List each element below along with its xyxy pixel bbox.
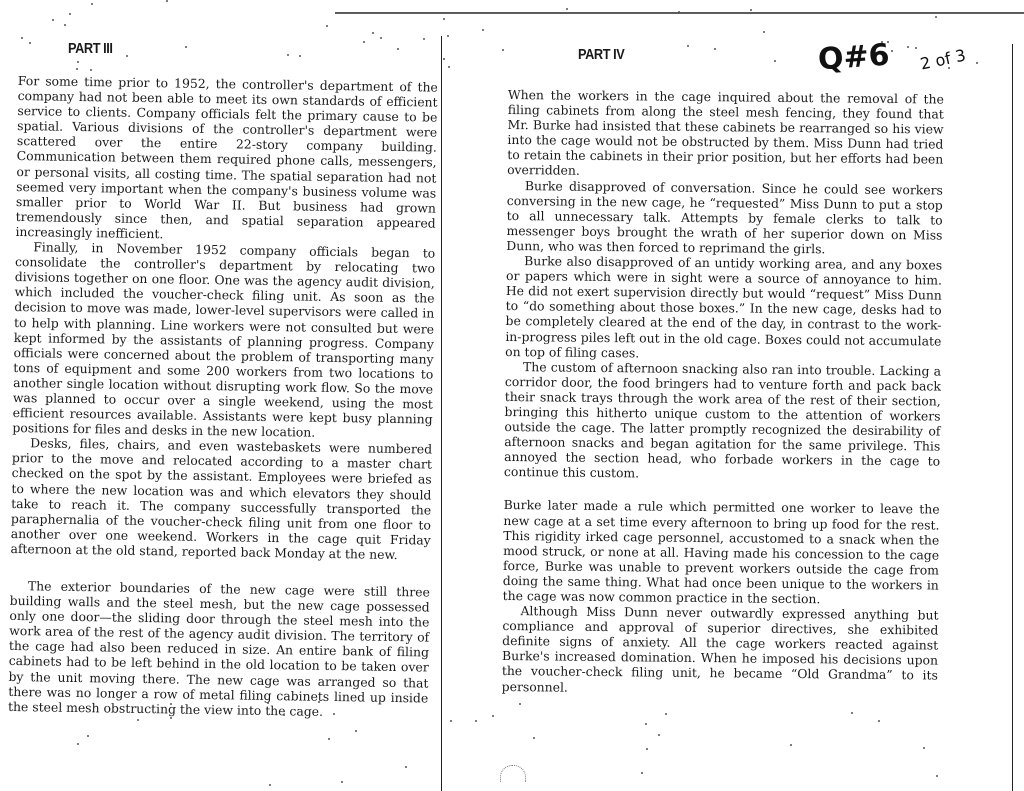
speck <box>299 55 301 57</box>
speck <box>405 766 407 768</box>
speck <box>137 719 139 721</box>
paragraph: Although Miss Dunn never outwardly expre… <box>502 603 939 698</box>
speck <box>878 720 880 722</box>
speck <box>185 46 187 48</box>
page-gutter-line <box>441 36 442 791</box>
speck <box>641 772 643 774</box>
speck <box>881 41 883 43</box>
speck <box>915 47 917 49</box>
left-page-body: For some time prior to 1952, the control… <box>8 73 438 720</box>
speck <box>714 48 716 50</box>
speck <box>341 781 343 783</box>
speck <box>665 713 667 715</box>
speck <box>891 50 893 52</box>
speck <box>355 730 357 732</box>
speck <box>475 720 477 722</box>
speck <box>533 737 535 739</box>
speck <box>448 66 450 68</box>
speck <box>851 712 853 714</box>
speck <box>166 0 168 2</box>
speck <box>519 703 521 705</box>
speck <box>750 9 752 11</box>
paragraph: Burke later made a rule which permitted … <box>503 497 940 607</box>
speck <box>423 38 425 40</box>
speck <box>646 748 648 750</box>
speck <box>333 713 335 715</box>
paragraph: The exterior boundaries of the new cage … <box>8 578 430 720</box>
speck <box>328 738 330 740</box>
speck <box>502 49 504 51</box>
handwritten-question-number: Q#6 <box>817 38 891 78</box>
paragraph: The custom of afternoon snacking also ra… <box>504 359 941 484</box>
speck <box>923 747 925 749</box>
speck <box>447 35 449 37</box>
speck <box>687 45 689 47</box>
speck <box>397 48 399 50</box>
speck <box>935 16 937 18</box>
speck <box>170 703 172 705</box>
speck <box>790 744 792 746</box>
speck <box>450 720 452 722</box>
speck <box>90 69 92 71</box>
speck <box>976 62 978 64</box>
speck <box>87 735 89 737</box>
speck <box>64 24 66 26</box>
speck <box>763 31 765 33</box>
speck <box>287 54 289 56</box>
paragraph: Finally, in November 1952 company offici… <box>12 239 435 442</box>
speck <box>774 60 776 62</box>
speck <box>492 715 494 717</box>
speck <box>443 58 445 60</box>
paragraph: Burke disapproved of conversation. Since… <box>506 178 943 258</box>
speck <box>363 41 365 43</box>
paragraph: For some time prior to 1952, the control… <box>15 73 438 246</box>
speck <box>678 11 680 13</box>
speck <box>283 714 285 716</box>
paragraph: Desks, files, chairs, and even wastebask… <box>10 435 432 562</box>
speck <box>566 8 568 10</box>
speck <box>77 61 79 63</box>
scan-right-border <box>1012 44 1013 791</box>
speck <box>21 37 23 39</box>
speck <box>907 46 909 48</box>
speck <box>948 67 950 69</box>
speck <box>443 18 445 20</box>
speck <box>887 41 889 43</box>
right-page-heading: PART IV <box>578 46 624 63</box>
speck <box>318 701 320 703</box>
speck <box>69 13 71 15</box>
speck <box>170 717 172 719</box>
faint-stamp-mark <box>500 765 526 782</box>
speck <box>326 25 328 27</box>
speck <box>126 55 128 57</box>
paragraph: Burke also disapproved of an untidy work… <box>505 253 942 363</box>
speck <box>380 37 382 39</box>
speck <box>482 29 484 31</box>
speck <box>91 3 93 5</box>
speck <box>267 702 269 704</box>
paragraph: When the workers in the cage inquired ab… <box>507 87 944 182</box>
speck <box>658 734 660 736</box>
speck <box>645 723 647 725</box>
speck <box>29 42 31 44</box>
handwritten-page-count: 2 of 3 <box>919 45 968 73</box>
speck <box>76 68 78 70</box>
speck <box>372 32 374 34</box>
speck <box>52 19 54 21</box>
speck <box>269 784 271 786</box>
speck <box>936 775 938 777</box>
right-page-body: When the workers in the cage inquired ab… <box>502 87 944 698</box>
left-page-heading: PART III <box>68 40 113 57</box>
speck <box>77 743 79 745</box>
